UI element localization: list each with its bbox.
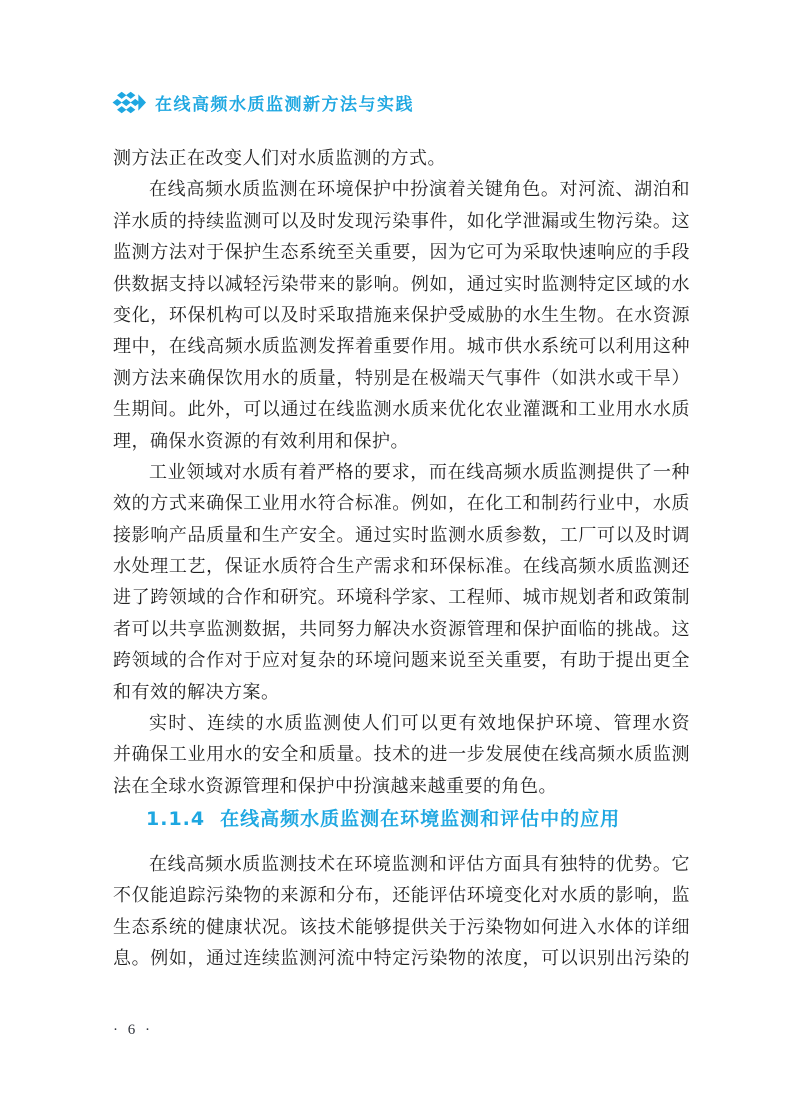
body-line: 洋水质的持续监测可以及时发现污染事件，如化学泄漏或生物污染。这种	[113, 206, 690, 237]
section-number: 1.1.4	[146, 808, 205, 830]
body-line: 在线高频水质监测技术在环境监测和评估方面具有独特的优势。它	[113, 849, 690, 880]
diamond-cluster-arrow-icon	[110, 90, 146, 115]
body-line: 水处理工艺，保证水质符合生产需求和环保标准。在线高频水质监测还促	[113, 551, 690, 582]
body-text-block-2: 在线高频水质监测技术在环境监测和评估方面具有独特的优势。它 不仅能追踪污染物的来…	[113, 849, 690, 975]
body-line: 生期间。此外，可以通过在线监测水质来优化农业灌溉和工业用水水质管	[113, 394, 690, 425]
body-line: 并确保工业用水的安全和质量。技术的进一步发展使在线高频水质监测方	[113, 739, 690, 770]
body-line: 生态系统的健康状况。该技术能够提供关于污染物如何进入水体的详细信	[113, 912, 690, 943]
body-line: 法在全球水资源管理和保护中扮演越来越重要的角色。	[113, 771, 690, 802]
body-line: 监测方法对于保护生态系统至关重要，因为它可为采取快速响应的手段提	[113, 237, 690, 268]
page-header: 在线高频水质监测新方法与实践	[110, 90, 414, 115]
body-line: 理，确保水资源的有效利用和保护。	[113, 426, 690, 457]
body-line: 不仅能追踪污染物的来源和分布，还能评估环境变化对水质的影响，监测	[113, 880, 690, 911]
page-number: · 6 ·	[113, 1021, 153, 1039]
body-line: 效的方式来确保工业用水符合标准。例如，在化工和制药行业中，水质直	[113, 488, 690, 519]
body-line: 息。例如，通过连续监测河流中特定污染物的浓度，可以识别出污染的来	[113, 943, 690, 974]
body-line: 和有效的解决方案。	[113, 677, 690, 708]
body-line: 跨领域的合作对于应对复杂的环境问题来说至关重要，有助于提出更全面	[113, 645, 690, 676]
body-line: 在线高频水质监测在环境保护中扮演着关键角色。对河流、湖泊和海	[113, 174, 690, 205]
body-line: 理中，在线高频水质监测发挥着重要作用。城市供水系统可以利用这种监	[113, 331, 690, 362]
body-line: 者可以共享监测数据，共同努力解决水资源管理和保护面临的挑战。这种	[113, 614, 690, 645]
section-heading: 1.1.4 在线高频水质监测在环境监测和评估中的应用	[146, 804, 620, 831]
section-title: 在线高频水质监测在环境监测和评估中的应用	[220, 804, 620, 831]
document-page: 在线高频水质监测新方法与实践 测方法正在改变人们对水质监测的方式。 在线高频水质…	[0, 0, 799, 1118]
body-line: 变化，环保机构可以及时采取措施来保护受威胁的水生生物。在水资源管	[113, 300, 690, 331]
body-line: 工业领域对水质有着严格的要求，而在线高频水质监测提供了一种有	[113, 457, 690, 488]
body-line: 实时、连续的水质监测使人们可以更有效地保护环境、管理水资源，	[113, 708, 690, 739]
body-line: 供数据支持以减轻污染带来的影响。例如，通过实时监测特定区域的水质	[113, 269, 690, 300]
body-line: 进了跨领域的合作和研究。环境科学家、工程师、城市规划者和政策制定	[113, 582, 690, 613]
book-title: 在线高频水质监测新方法与实践	[155, 90, 414, 115]
body-line: 测方法正在改变人们对水质监测的方式。	[113, 143, 690, 174]
body-text-block-1: 测方法正在改变人们对水质监测的方式。 在线高频水质监测在环境保护中扮演着关键角色…	[113, 143, 690, 802]
body-line: 接影响产品质量和生产安全。通过实时监测水质参数，工厂可以及时调整	[113, 520, 690, 551]
body-line: 测方法来确保饮用水的质量，特别是在极端天气事件（如洪水或干旱）发	[113, 363, 690, 394]
